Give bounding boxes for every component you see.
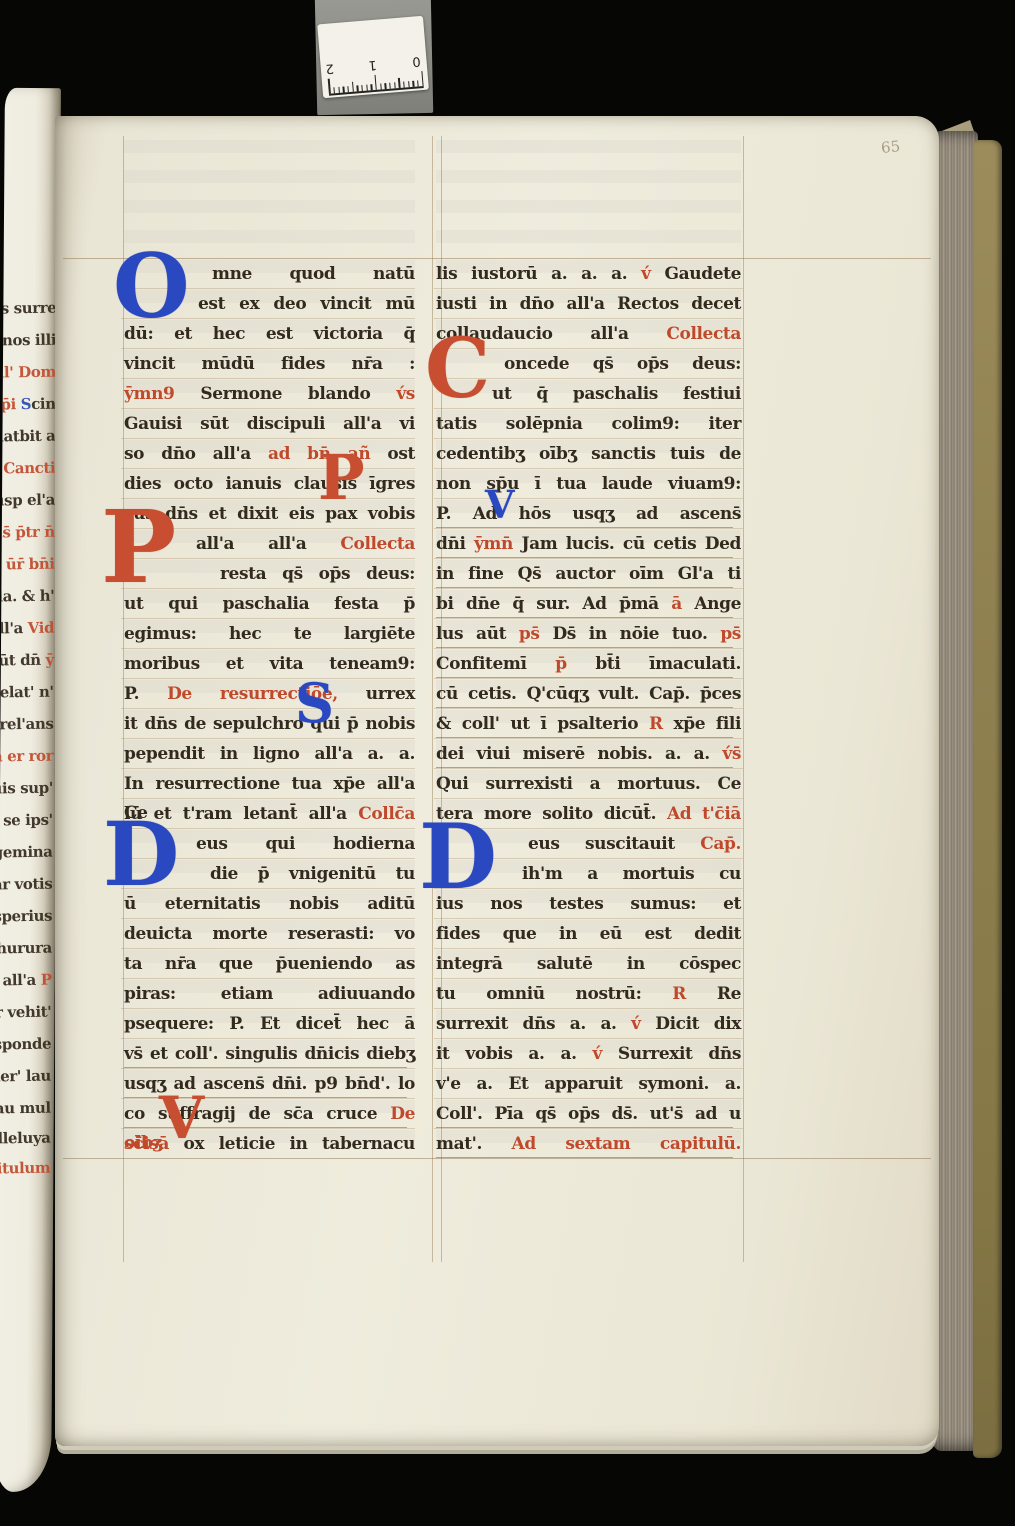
text-run: Sermone blando [200,384,396,404]
ruler-tick [371,84,373,90]
text-run: Ds̄ in nōie tuo. [552,624,720,644]
facing-page-text-fragment: r. Call' Cancti [0,458,55,481]
text-line: P. De resurrectiōe, urrex [124,680,415,710]
illuminated-initial-d: D [419,822,497,892]
text-run: ȳmn̄ [474,534,521,554]
text-run: Surrexit dn̄s [618,1044,741,1064]
text-line: lis iustorū a. a. a. v́ Gaudete [436,260,741,290]
facing-page-text-fragment: r nīr all'a P [0,970,52,993]
text-line: moribus et vita teneam9: [124,650,415,680]
text-run: nes alleluya [0,1129,51,1148]
text-run: P. [436,504,473,524]
text-run: t lapif rel'ans [0,715,54,734]
ruler-tick [375,75,378,90]
illuminated-initial-p: P [318,454,365,502]
facing-page-text-fragment: s dier' lau [0,1066,51,1089]
text-line: dn̄i ȳmn̄ Jam lucis. cū cetis Ded [436,530,741,560]
facing-page-text-fragment: nar votis [0,874,52,897]
text-run: ȳ [45,651,54,669]
facing-page-text-fragment: it' Responde [0,1034,51,1057]
facing-page-text-fragment: a all'a Vid [0,618,54,641]
facing-page-text-fragment: f asperius [0,906,52,929]
text-run: Gaudete [665,264,741,284]
photo-background: { "page": { "folio_number": "65", "parch… [0,0,1015,1526]
text-line: Gauisi sūt discipuli all'a vi [124,410,415,440]
book-cover-edge [973,140,1002,1458]
text-run: cū cetis. Q'cūqʒ vult. Cap̄. p̄ces [436,684,741,704]
ruler-tick [361,85,363,91]
text-run: it vobis a. a. [436,1044,593,1064]
text-run: egimus: hec te largiēte [124,624,415,644]
ruling-line-vertical [743,136,744,1262]
ruler-tick [338,87,340,93]
text-line: it vobis a. a. v́ Surrexit dn̄s [436,1040,741,1070]
text-line: fides que in eū est dedit [436,920,741,950]
text-run: ih'm a mortuis cu [522,864,741,884]
text-run: ps̄ [519,624,553,644]
text-line: psequere: P. Et dicet̄ hec ā [124,1010,415,1040]
text-run: deuicta morte reserasti: vo [124,924,415,944]
text-run: apitulum [0,1159,50,1178]
facing-page-text-fragment: cturus surre [0,298,56,321]
facing-page-text-fragment: s sc̄is xp̄i Scin [0,394,56,417]
facing-page-text-fragment: ñ er ror [0,746,53,769]
book-fore-edge [933,131,978,1451]
ruler-tick [333,87,335,93]
text-line: dei viui miserē nobis. a. a. v́s̄ [436,740,741,770]
text-run: so dn̄o all'a [124,444,268,464]
ruler-tick [398,78,400,88]
text-run: urrex [338,684,415,704]
text-run: ndit se ips' [0,811,53,830]
text-run: dituit nos illi [0,331,56,350]
text-run: v́s̄ [722,744,741,764]
text-run: alma flatbit a [0,427,56,446]
text-run: Ad sextam capitulū. [512,1134,741,1154]
text-run: aguis sup' [0,779,53,798]
text-run: v́ [641,264,664,284]
text-run: psequere: P. Et dicet̄ hec ā [124,1014,415,1034]
text-run: xp̄e fili [673,714,741,734]
text-run: vincit mūdū fides nr̄a : [124,354,415,374]
text-run: P. [124,684,167,704]
facing-page-text-fragment: alla. & h' [0,586,54,609]
text-run: pependit in ligno all'a a. a. [124,744,415,764]
facing-page-text-fragment: ia aūt dn̄ ȳ [0,650,54,673]
text-line: egimus: hec te largiēte [124,620,415,650]
text-line: P. Ad hōs usqʒ ad ascens̄ [436,500,741,530]
text-line: ta nr̄a que p̄ueniendo as [124,950,415,980]
ruling-line-vertical [432,136,433,1262]
text-run: piras: etiam adiuuando [124,984,415,1004]
facing-page-text-fragment: t lapif rel'ans [0,714,54,737]
text-line: Coll'. Pīa qs̄ op̄s ds̄. ut's̄ ad u [436,1100,741,1130]
facing-page-text-fragment: de relat' n' [0,682,54,705]
text-run: s dier' lau [0,1067,51,1086]
text-line: Qui surrexisti a mortuus. Ce [436,770,741,800]
text-run: tu omniū nostrū: [436,984,672,1004]
ruler-tick [403,82,405,88]
ruler-tick [366,85,368,91]
text-line: bi dn̄e q̄ sur. Ad p̄mā ā Ange [436,590,741,620]
text-line: pependit in ligno all'a a. a. [124,740,415,770]
facing-page-text-fragment: Cap'. ūs̄ p̄tr n̄ [0,522,55,545]
text-run: ia aūt dn̄ [0,651,46,670]
text-run: alla. & h' [0,587,54,606]
ruler-tick [417,80,419,86]
text-run: ā [671,594,694,614]
text-line: In resurrectione tua xp̄e all'a Ce [124,770,415,800]
text-run: ȳmn9 [124,384,200,404]
ruler-tick [408,81,410,87]
text-line: lus aūt ps̄ Ds̄ in nōie tuo. ps̄ [436,620,741,650]
ruler-tick [328,79,331,94]
text-run: moribus et vita teneam9: [124,654,415,674]
text-run: tatis solēpnia colim9: iter [436,414,741,434]
text-line: mat'. Ad sextam capitulū. [436,1130,741,1160]
text-run: p̄ [555,654,595,674]
ruler-tick [385,83,387,89]
ruler-tick [357,85,359,91]
text-run: eus qui hodierna [196,834,415,854]
text-run: P [41,971,52,989]
text-run: non sp̄u ī tua laude viuam9: [436,474,741,494]
text-run: ñ er ror [0,747,53,766]
text-run: in fine Qs̄ auctor oīm Gl'a ti [436,564,741,584]
text-run: surrexit dn̄s a. a. [436,1014,631,1034]
text-line: integrā salutē in cōspec [436,950,741,980]
facing-page-text-fragment: us lur vehit' [0,1002,52,1025]
text-run: all'a all'a [196,534,340,554]
facing-page-text-fragment: aguis sup' [0,778,53,801]
illuminated-initial-o: O [113,252,190,321]
text-run: ost [370,444,415,464]
text-run: est ex deo vincit mū [198,294,415,314]
text-run: it dn̄s de sepulchro qui p̄ nobis [124,714,415,734]
facing-page-text-fragment: rechurura [0,938,52,961]
measurement-scale-tab: 012 [315,0,433,115]
text-run: vs̄ et coll'. singulis dn̄icis diebʒ [124,1044,415,1064]
text-line: tu omniū nostrū: R Re [436,980,741,1010]
text-line: it dn̄s de sepulchro qui p̄ nobis [124,710,415,740]
text-line: iusti in dn̄o all'a Rectos decet [436,290,741,320]
text-run: ut q̄ paschalis festiui [492,384,741,404]
ruler-number: 1 [368,57,377,73]
text-run: Gauisi sūt discipuli all'a vi [124,414,415,434]
text-run: Qui surrexisti a mortuus. Ce [436,774,741,794]
text-run: rechurura [0,939,52,958]
facing-page-text-fragment: dituit nos illi [0,330,56,353]
text-line: vs̄ et coll'. singulis dn̄icis diebʒ [124,1040,415,1070]
text-run: R [649,714,674,734]
text-run: Ange [694,594,741,614]
ruler-number: 2 [325,60,334,76]
text-run: R [672,984,717,1004]
text-run: lis iustorū a. a. a. [436,264,641,284]
text-run: Jam lucis. cū cetis Ded [521,534,741,554]
facing-page-text-fragment: nes alleluya [0,1128,51,1151]
text-run: ox leticie in tabernacu [169,1134,415,1154]
ruler-tick [389,83,391,89]
text-run: Collc̄a [358,804,415,824]
text-line: ȳmn9 Sermone blando v́s [124,380,415,410]
text-run: iusti in dn̄o all'a Rectos decet [436,294,741,314]
text-run: ūs̄ p̄tr n̄ [0,523,55,542]
text-line: so dn̄o all'a ad bn̄ añ ost [124,440,415,470]
text-run: Ad t'c̄iā [667,804,741,824]
ruler-tick [413,81,415,87]
text-run: lus aūt [436,624,519,644]
text-run: ps̄ [720,624,741,644]
text-run: mat'. [436,1134,512,1154]
text-run: cin [31,395,56,413]
facing-page-text-fragment: ina. Call' Dom [0,362,56,385]
text-run: Coll'. Pīa qs̄ op̄s ds̄. ut's̄ ad u [436,1104,741,1124]
ruler-tick [421,71,424,86]
facing-page-text-fragment: pl' ȳs9 usp el'a [0,490,55,513]
text-line: & coll' ut ī psalterio R xp̄e fili [436,710,741,740]
ruler-number: 0 [412,53,421,69]
text-run: & coll' ut ī psalterio [436,714,649,734]
text-run: cedentibʒ oībʒ sanctis tuis de [436,444,741,464]
facing-page-edge: cturus surredituit nos illiina. Call' Do… [0,88,61,1492]
text-line: piras: etiam adiuuando [124,980,415,1010]
text-run: nar votis [0,875,52,894]
text-run: Dicit dix [655,1014,741,1034]
illuminated-initial-p: P [101,508,176,586]
facing-page-text-fragment: alma flatbit a [0,426,56,449]
text-run: Cap̄. [700,834,741,854]
text-run: usp el'a [0,491,55,510]
facing-page-text-fragment: ndit se ips' [0,810,53,833]
text-run: integrā salutē in cōspec [436,954,741,974]
text-run: dn̄i [436,534,474,554]
text-run: uer lau mul [0,1099,51,1118]
text-line: surrexit dn̄s a. a. v́ Dicit dix [436,1010,741,1040]
text-line: v'e a. Et apparuit symoni. a. [436,1070,741,1100]
text-run: Vid [28,619,55,637]
ruler-tick [352,82,354,92]
text-run: dei viui miserē nobis. a. a. [436,744,722,764]
text-run: mne quod natū [212,264,415,284]
text-run: resta qs̄ op̄s deus: [220,564,415,584]
text-line: cū cetis. Q'cūqʒ vult. Cap̄. p̄ces [436,680,741,710]
text-run: bt̄i īmaculati. [595,654,741,674]
text-run: Confitemī [436,654,555,674]
text-run: eus suscitauit [528,834,700,854]
facing-page-text-fragment: nt̄. Ad ūr̄ bn̄i [0,554,55,577]
text-run: Collecta [340,534,415,554]
illuminated-initial-v: V [485,490,514,520]
text-line: vincit mūdū fides nr̄a : [124,350,415,380]
text-run: a all'a [0,619,28,638]
text-column-right: lis iustorū a. a. a. v́ Gaudeteiusti in … [436,116,741,1216]
text-line: non sp̄u ī tua laude viuam9: [436,470,741,500]
manuscript-photograph: cturus surredituit nos illiina. Call' Do… [0,0,1015,1526]
text-line: in fine Qs̄ auctor oīm Gl'a ti [436,560,741,590]
text-run: ta nr̄a que p̄ueniendo as [124,954,415,974]
text-run: cturus surre [0,299,56,318]
text-run: v'e a. Et apparuit symoni. a. [436,1074,741,1094]
text-run: Call' Cancti [0,459,55,478]
text-run: fides que in eū est dedit [436,924,741,944]
text-run: oncede qs̄ op̄s deus: [504,354,741,374]
facing-page-text-fragment: us gemina [0,842,53,865]
text-run: f asperius [0,907,52,926]
ruler-tick [394,82,396,88]
text-line: deuicta morte reserasti: vo [124,920,415,950]
ruler-tick [380,83,382,89]
text-run: r nīr all'a [0,971,41,990]
ruler-tick [347,86,349,92]
centimeter-ruler: 012 [317,16,429,98]
illuminated-initial-v: V [159,1096,204,1141]
text-run: s sc̄is xp̄i [0,395,21,414]
illuminated-initial-s: S [295,682,334,724]
text-run: Ad ūr̄ bn̄i [0,555,55,574]
facing-page-text-fragment: uer lau mul [0,1098,51,1121]
ruler-face: 012 [317,16,429,98]
text-line: Confitemī p̄ bt̄i īmaculati. [436,650,741,680]
text-run: die p̄ vnigenitū tu [210,864,415,884]
text-run: us lur vehit' [0,1003,52,1022]
facing-page-text-fragment: apitulum [0,1158,50,1181]
folio-number: 65 [880,137,901,157]
text-run: Call' Dom [0,363,56,382]
text-run: bi dn̄e q̄ sur. Ad p̄mā [436,594,671,614]
text-run: it' Responde [0,1035,51,1054]
manuscript-page: 65 mne quod natūest ex deo vincit mūdū: … [55,116,939,1446]
text-run: us gemina [0,843,53,862]
text-run: v́ [631,1014,655,1034]
text-line: cedentibʒ oībʒ sanctis tuis de [436,440,741,470]
illuminated-initial-d: D [103,820,179,889]
text-run: v́s [396,384,415,404]
text-run: de relat' n' [0,683,54,702]
text-run: v́ [593,1044,618,1064]
text-run: Re [717,984,741,1004]
ruler-tick [343,87,345,93]
text-run: Collecta [666,324,741,344]
illuminated-initial-c: C [425,338,490,402]
